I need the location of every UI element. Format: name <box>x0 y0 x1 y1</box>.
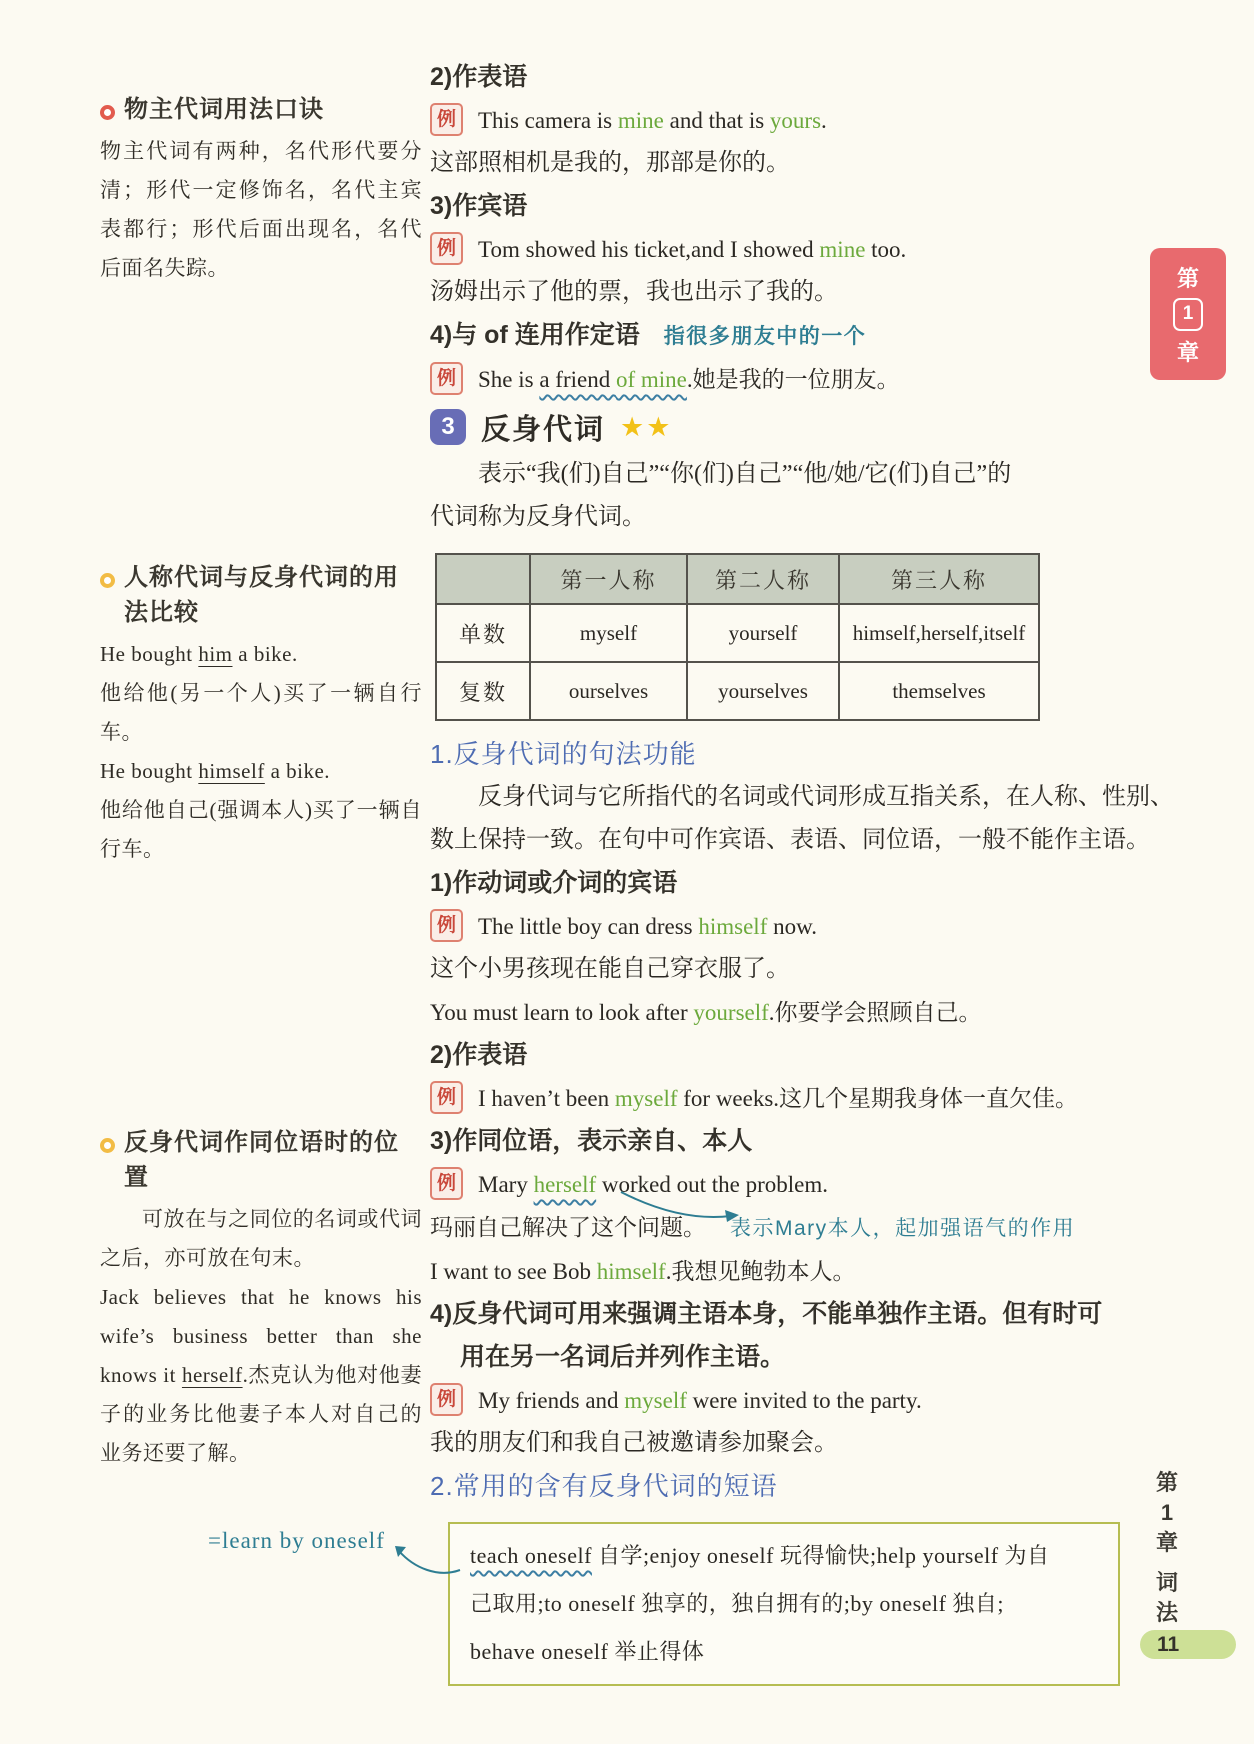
table-cell: himself,herself,itself <box>839 604 1039 662</box>
footer-char: 章 <box>1156 1528 1178 1558</box>
block-h: 2)作表语 <box>430 1034 1135 1077</box>
block-ex: 例She is a friend of mine.她是我的一位朋友。 <box>430 358 1135 401</box>
text-segment: a bike. <box>265 759 330 783</box>
text-segment: The little boy can dress <box>478 914 698 939</box>
note-title-text: 反身代词作同位语时的位置 <box>124 1125 422 1195</box>
text-segment: 他给他自己(强调本人)买了一辆自行车。 <box>100 798 422 861</box>
page-number-badge: 11 <box>1140 1630 1236 1659</box>
block-h: 3)作宾语 <box>430 185 1135 228</box>
table-cell: yourself <box>687 604 839 662</box>
block-bh: 1.反身代词的句法功能 <box>430 733 1135 776</box>
note-box: 物主代词用法口诀物主代词有两种，名代形代要分清；形代一定修饰名，名代主宾表都行；… <box>100 92 422 288</box>
example-stamp: 例 <box>430 232 463 265</box>
note-title: 物主代词用法口诀 <box>100 92 422 127</box>
table-header-cell: 第二人称 <box>687 554 839 604</box>
block-mix: You must learn to look after yourself.你要… <box>430 991 1135 1034</box>
text-segment: I want to see Bob <box>430 1259 597 1284</box>
text-segment: herself <box>534 1172 597 1197</box>
example-stamp: 例 <box>430 909 463 942</box>
example-stamp: 例 <box>430 1081 463 1114</box>
text-segment: a friend <box>539 367 616 392</box>
block-h: 3)作同位语，表示亲自、本人 <box>430 1120 1135 1163</box>
text-segment: mine <box>819 237 865 262</box>
text-segment: behave oneself 举止得体 <box>470 1639 704 1664</box>
chapter-tab-suffix: 章 <box>1177 336 1199 367</box>
note-bullet-icon <box>100 105 115 120</box>
footer-char: 法 <box>1156 1598 1178 1628</box>
text-segment: 己取用;to oneself 独享的，独自拥有的;by oneself 独自; <box>470 1591 1004 1616</box>
table-cell: ourselves <box>530 662 687 720</box>
note-paragraph: 他给他(另一个人)买了一辆自行车。 <box>100 674 422 752</box>
text-segment: Mary <box>478 1172 534 1197</box>
text-segment: too. <box>865 237 906 262</box>
page-number: 11 <box>1157 1633 1179 1657</box>
table-row: 复数ourselvesyourselvesthemselves <box>436 662 1039 720</box>
table-cell: themselves <box>839 662 1039 720</box>
block-cn: 汤姆出示了他的票，我也出示了我的。 <box>430 271 1135 314</box>
note-paragraph: 物主代词有两种，名代形代要分清；形代一定修饰名，名代主宾表都行；形代后面出现名，… <box>100 132 422 288</box>
sidebar-notes: 物主代词用法口诀物主代词有两种，名代形代要分清；形代一定修饰名，名代主宾表都行；… <box>100 0 422 1744</box>
note-box: 反身代词作同位语时的位置可放在与之同位的名词或代词之后，亦可放在句末。Jack … <box>100 1125 422 1473</box>
text-segment: yourself <box>693 1000 768 1025</box>
note-paragraph: Jack believes that he knows his wife’s b… <box>100 1278 422 1473</box>
note-title: 反身代词作同位语时的位置 <box>100 1125 422 1195</box>
footer-char: 第 <box>1156 1468 1178 1498</box>
text-segment: now. <box>767 914 817 939</box>
text-segment: He bought <box>100 642 198 666</box>
block-cn: 我的朋友们和我自己被邀请参加聚会。 <box>430 1422 1135 1465</box>
text-segment: 物主代词有两种，名代形代要分清；形代一定修饰名，名代主宾表都行；形代后面出现名，… <box>100 139 422 280</box>
text-segment: himself <box>597 1259 666 1284</box>
text-segment: for weeks.这几个星期我身体一直欠佳。 <box>678 1086 1079 1111</box>
text-segment: My friends and <box>478 1388 624 1413</box>
block-ex: 例The little boy can dress himself now. <box>430 905 1135 948</box>
block-ex: 例Tom showed his ticket,and I showed mine… <box>430 228 1135 271</box>
block-h: 2)作表语 <box>430 56 1135 99</box>
phrase-line: 己取用;to oneself 独享的，独自拥有的;by oneself 独自; <box>470 1580 1098 1628</box>
table-header-cell: 第一人称 <box>530 554 687 604</box>
text-segment: This camera is <box>478 108 618 133</box>
note-title: 人称代词与反身代词的用法比较 <box>100 560 422 630</box>
block-cn: 代词称为反身代词。 <box>430 496 1135 539</box>
text-segment: You must learn to look after <box>430 1000 693 1025</box>
chapter-tab-number: 1 <box>1173 298 1203 331</box>
text-segment: .你要学会照顾自己。 <box>769 1000 982 1025</box>
block-ex: 例I haven’t been myself for weeks.这几个星期我身… <box>430 1077 1135 1120</box>
block-cn: 数上保持一致。在句中可作宾语、表语、同位语，一般不能作主语。 <box>430 819 1135 862</box>
text-segment: mine <box>618 108 664 133</box>
table-row: 单数myselfyourselfhimself,herself,itself <box>436 604 1039 662</box>
section-number-badge: 3 <box>430 409 466 445</box>
note-bullet-icon <box>100 1138 115 1153</box>
annotation-arrow-mary <box>615 1186 750 1232</box>
block-ex: 例My friends and myself were invited to t… <box>430 1379 1135 1422</box>
table-header-cell <box>436 554 530 604</box>
block-mix: 玛丽自己解决了这个问题。表示Mary本人，起加强语气的作用 <box>430 1206 1135 1250</box>
example-stamp: 例 <box>430 1383 463 1416</box>
text-segment: himself <box>198 759 265 783</box>
phrase-line: teach oneself 自学;enjoy oneself 玩得愉快;help… <box>470 1532 1098 1580</box>
note-paragraph: He bought himself a bike. <box>100 752 422 791</box>
table-cell: 复数 <box>436 662 530 720</box>
example-stamp: 例 <box>430 1167 463 1200</box>
table-cell: myself <box>530 604 687 662</box>
block-ex: 例This camera is mine and that is yours. <box>430 99 1135 142</box>
text-segment: Tom showed his ticket,and I showed <box>478 237 819 262</box>
text-segment: him <box>198 642 232 666</box>
section-header: 3反身代词★★ <box>430 401 1135 453</box>
text-segment: myself <box>624 1388 687 1413</box>
block-cn: 这部照相机是我的，那部是你的。 <box>430 142 1135 185</box>
note-paragraph: 可放在与之同位的名词或代词之后，亦可放在句末。 <box>100 1200 422 1278</box>
text-segment: 可放在与之同位的名词或代词之后，亦可放在句末。 <box>100 1207 422 1270</box>
block-cn: 反身代词与它所指代的名词或代词形成互指关系，在人称、性别、 <box>430 776 1135 819</box>
text-segment: of mine <box>616 367 687 392</box>
text-segment: were invited to the party. <box>687 1388 922 1413</box>
chapter-tab: 第 1 章 <box>1150 248 1226 380</box>
text-segment: a bike. <box>233 642 298 666</box>
annotation-arrow-learn <box>386 1538 466 1582</box>
text-segment: 他给他(另一个人)买了一辆自行车。 <box>100 681 422 744</box>
example-stamp: 例 <box>430 103 463 136</box>
handwritten-annotation: 指很多朋友中的一个 <box>664 325 867 348</box>
note-paragraph: 他给他自己(强调本人)买了一辆自行车。 <box>100 791 422 869</box>
block-h: 用在另一名词后并列作主语。 <box>430 1336 1135 1379</box>
note-box: 人称代词与反身代词的用法比较He bought him a bike.他给他(另… <box>100 560 422 869</box>
text-segment: . <box>821 108 827 133</box>
section-title: 反身代词 <box>481 407 605 448</box>
handwritten-annotation: 表示Mary本人，起加强语气的作用 <box>730 1217 1075 1240</box>
text-segment: myself <box>615 1086 678 1111</box>
note-bullet-icon <box>100 573 115 588</box>
table-cell: yourselves <box>687 662 839 720</box>
text-segment: He bought <box>100 759 198 783</box>
note-body: 可放在与之同位的名词或代词之后，亦可放在句末。Jack believes tha… <box>100 1200 422 1473</box>
table-cell: 单数 <box>436 604 530 662</box>
example-stamp: 例 <box>430 362 463 395</box>
main-content: 2)作表语例This camera is mine and that is yo… <box>430 56 1135 1686</box>
footer-chapter-label: 第1章 词法 <box>1150 1468 1184 1628</box>
star-rating-icon: ★★ <box>620 412 672 443</box>
phrase-line: behave oneself 举止得体 <box>470 1628 1098 1676</box>
learn-by-oneself-annotation: =learn by oneself <box>208 1528 385 1554</box>
block-h: 1)作动词或介词的宾语 <box>430 862 1135 905</box>
block-cn: 表示“我(们)自己”“你(们)自己”“他/她/它(们)自己”的 <box>430 453 1135 496</box>
text-segment: She is <box>478 367 539 392</box>
text-segment: and that is <box>664 108 770 133</box>
text-segment: .我想见鲍勃本人。 <box>666 1259 856 1284</box>
footer-chapter-group: 第1章 <box>1156 1468 1178 1558</box>
text-segment: .她是我的一位朋友。 <box>687 367 900 392</box>
note-title-text: 物主代词用法口诀 <box>124 92 324 127</box>
block-ex: 例Mary herself worked out the problem. <box>430 1163 1135 1206</box>
text-segment: yours <box>770 108 821 133</box>
note-title-text: 人称代词与反身代词的用法比较 <box>124 560 422 630</box>
text-segment: 自学;enjoy oneself 玩得愉快;help yourself 为自 <box>592 1543 1050 1568</box>
block-h: 4)与 of 连用作定语指很多朋友中的一个 <box>430 314 1135 358</box>
textbook-page: 物主代词用法口诀物主代词有两种，名代形代要分清；形代一定修饰名，名代主宾表都行；… <box>0 0 1254 1744</box>
chapter-tab-prefix: 第 <box>1177 262 1199 293</box>
block-h: 4)反身代词可用来强调主语本身，不能单独作主语。但有时可 <box>430 1293 1135 1336</box>
note-paragraph: He bought him a bike. <box>100 635 422 674</box>
text-segment: himself <box>698 914 767 939</box>
text-segment: teach oneself <box>470 1543 592 1568</box>
table-header-row: 第一人称第二人称第三人称 <box>436 554 1039 604</box>
text-segment: herself <box>182 1363 243 1387</box>
table-header-cell: 第三人称 <box>839 554 1039 604</box>
note-body: He bought him a bike.他给他(另一个人)买了一辆自行车。He… <box>100 635 422 869</box>
block-mix: I want to see Bob himself.我想见鲍勃本人。 <box>430 1250 1135 1293</box>
pronoun-table: 第一人称第二人称第三人称单数myselfyourselfhimself,hers… <box>435 553 1040 721</box>
block-bh: 2.常用的含有反身代词的短语 <box>430 1465 1135 1508</box>
note-body: 物主代词有两种，名代形代要分清；形代一定修饰名，名代主宾表都行；形代后面出现名，… <box>100 132 422 288</box>
footer-section-group: 词法 <box>1156 1568 1178 1628</box>
footer-char: 1 <box>1161 1498 1173 1528</box>
phrase-box: teach oneself 自学;enjoy oneself 玩得愉快;help… <box>448 1522 1120 1686</box>
footer-char: 词 <box>1156 1568 1178 1598</box>
text-segment: I haven’t been <box>478 1086 615 1111</box>
block-cn: 这个小男孩现在能自己穿衣服了。 <box>430 948 1135 991</box>
